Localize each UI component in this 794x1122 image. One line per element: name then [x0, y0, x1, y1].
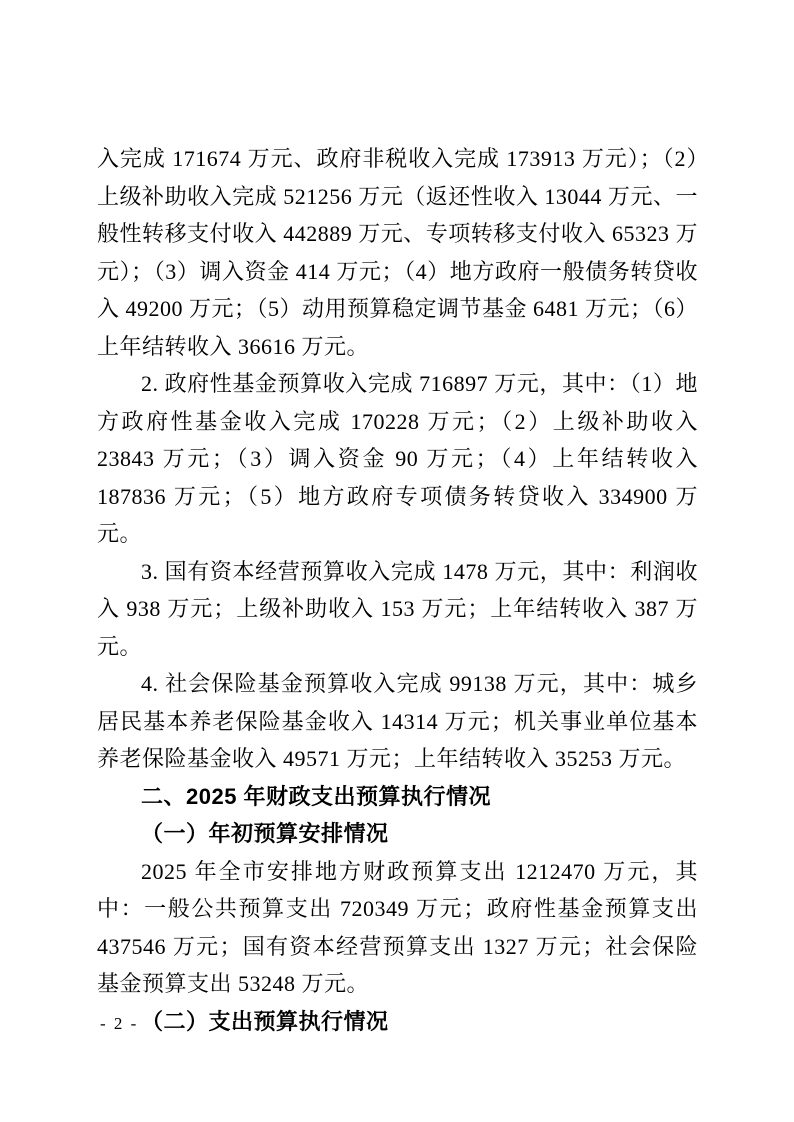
- body-paragraph: 2. 政府性基金预算收入完成 716897 万元，其中：（1）地方政府性基金收入…: [97, 365, 698, 553]
- document-body: 入完成 171674 万元、政府非税收入完成 173913 万元）；（2）上级补…: [97, 140, 698, 1040]
- subsection-heading: （二）支出预算执行情况: [97, 1003, 698, 1041]
- subsection-heading: （一）年初预算安排情况: [97, 815, 698, 853]
- body-paragraph: 4. 社会保险基金预算收入完成 99138 万元，其中：城乡居民基本养老保险基金…: [97, 665, 698, 778]
- document-page: 入完成 171674 万元、政府非税收入完成 173913 万元）；（2）上级补…: [0, 0, 794, 1122]
- body-paragraph: 3. 国有资本经营预算收入完成 1478 万元，其中：利润收入 938 万元；上…: [97, 553, 698, 666]
- page-number: - 2 -: [100, 1014, 136, 1034]
- body-paragraph: 2025 年全市安排地方财政预算支出 1212470 万元，其中：一般公共预算支…: [97, 853, 698, 1003]
- body-paragraph-continued: 入完成 171674 万元、政府非税收入完成 173913 万元）；（2）上级补…: [97, 140, 698, 365]
- section-heading: 二、2025 年财政支出预算执行情况: [97, 778, 698, 816]
